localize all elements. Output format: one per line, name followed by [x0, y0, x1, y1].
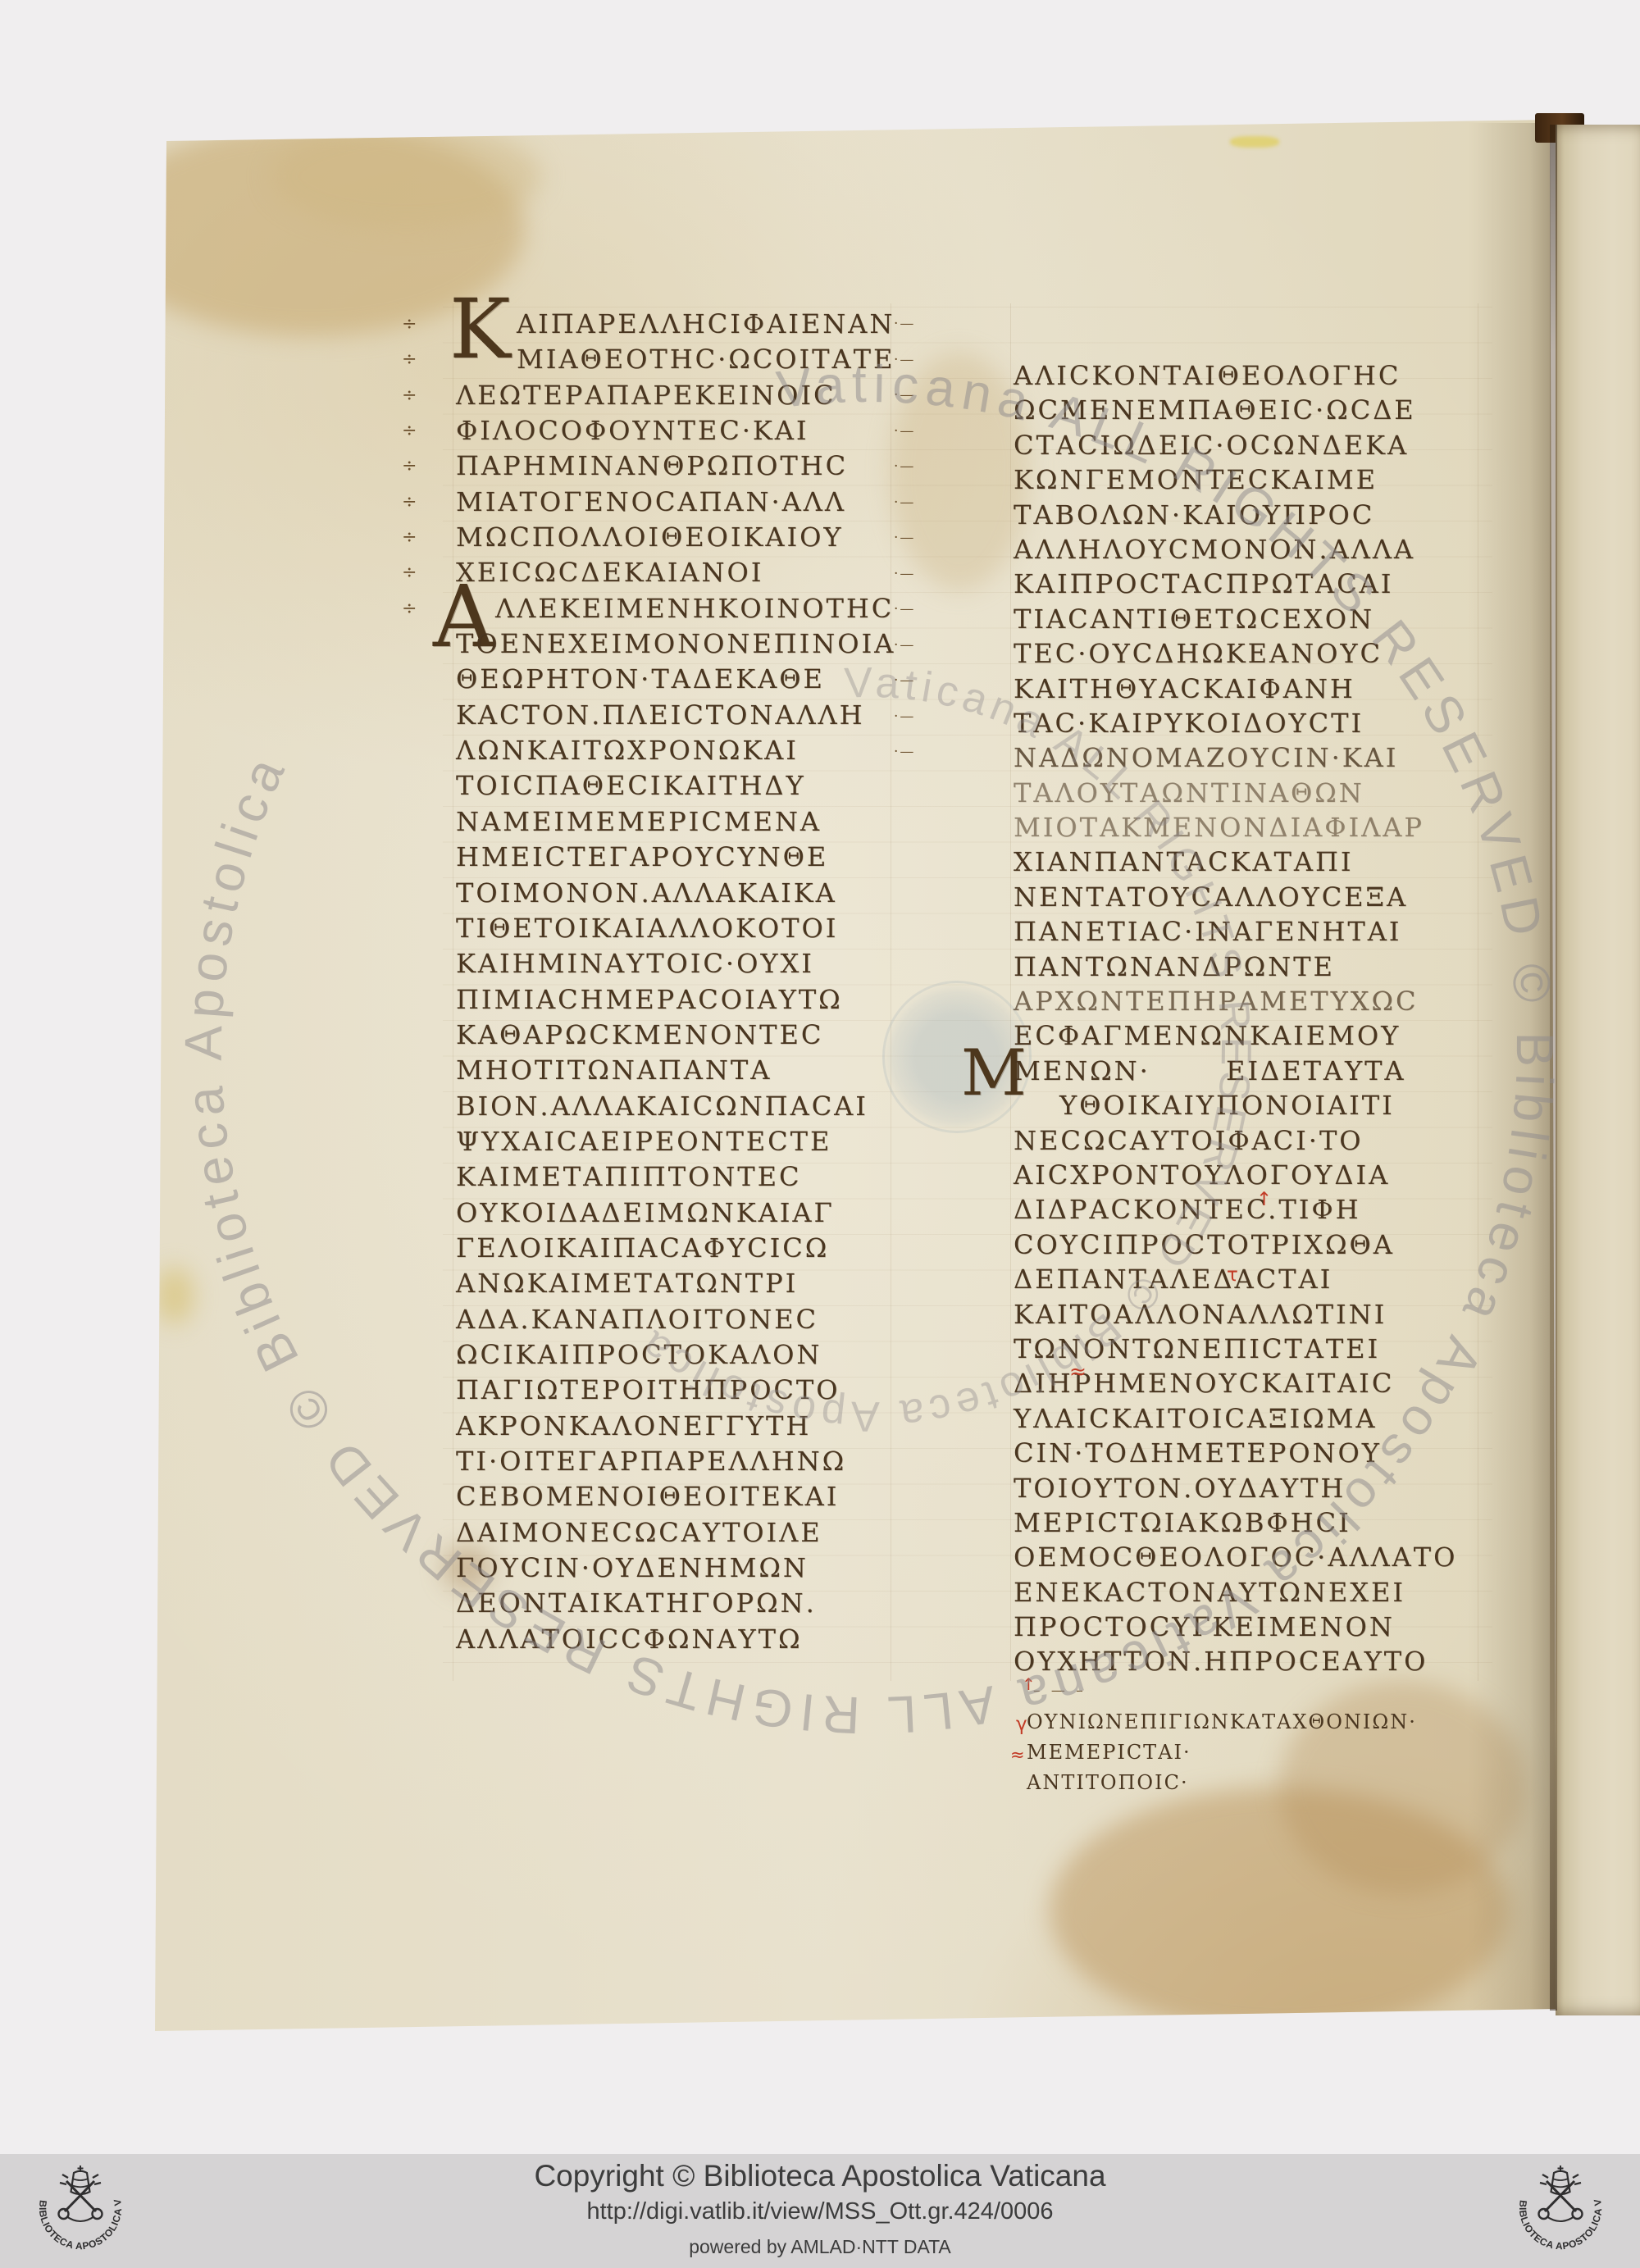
scholia-dashes: – — –	[1033, 1683, 1086, 1699]
manuscript-line: ΧΕΙCΩCΔΕΚΑΙΑΝΟΙ	[456, 555, 903, 590]
left-margin-marks: ÷÷÷÷÷÷÷÷÷	[402, 307, 417, 626]
manuscript-line: ΒΙΟΝ.ΑΛΛΑΚΑΙCΩΝΠΑCΑΙ	[456, 1089, 903, 1124]
manuscript-line: ΚΑΙΤΗΘΥΑCΚΑΙΦΑΝΗ	[1014, 672, 1485, 706]
manuscript-line: ΛΕΩΤΕΡΑΠΑΡΕΚΕΙΝΟΙC	[456, 378, 903, 413]
scholia-line: ΜΕΜΕΡΙCΤΑΙ·	[1027, 1737, 1417, 1768]
parchment-stain	[271, 123, 541, 230]
manuscript-line: ΤΙΘΕΤΟΙΚΑΙΑΛΛΟΚΟΤΟΙ	[456, 911, 903, 946]
manuscript-line: ΑΙCΧΡΟΝΤΟΥΛΟΓΟΥΔΙΑ	[1014, 1158, 1485, 1192]
manuscript-line: ΓΕΛΟΙΚΑΙΠΑCΑΦΥCΙCΩ	[456, 1231, 903, 1266]
manuscript-line: ΔΙΔΡΑCΚΟΝΤΕC.ΤΙΦΗ	[1014, 1192, 1485, 1227]
manuscript-line: ΜΕΡΙCΤΩΙΑΚΩΒΦΗCΙ	[1014, 1505, 1485, 1540]
footer-url: http://digi.vatlib.it/view/MSS_Ott.gr.42…	[586, 2198, 1053, 2225]
rubric-wave-mark: ≈	[1010, 1745, 1025, 1765]
manuscript-line: CΟΥCΙΠΡΟCΤΟΤΡΙΧΩΘΑ	[1014, 1227, 1485, 1262]
manuscript-line: ΑΛΙCΚΟΝΤΑΙΘΕΟΛΟΓΗC	[1014, 358, 1485, 393]
adjacent-folio-edge	[1556, 125, 1640, 2015]
margin-mark: ÷	[402, 378, 417, 413]
manuscript-line: ΠΡΟCΤΟCΥΓΚΕΙΜΕΝΟΝ	[1014, 1610, 1485, 1644]
manuscript-line: ΓΟΥCΙΝ·ΟΥΔΕΝΗΜΩΝ	[456, 1551, 903, 1586]
manuscript-line: ΜΙΑΘΕΟΤΗC·ΩCΟΙΤΑΤΕ	[456, 342, 903, 377]
manuscript-line: ΑΝΩΚΑΙΜΕΤΑΤΩΝΤΡΙ	[456, 1266, 903, 1301]
svg-text:BIBLIOTECA APOSTOLICA VATICANA: BIBLIOTECA APOSTOLICA VATICANA	[29, 2159, 124, 2252]
manuscript-line: ΚΑΙΜΕΤΑΠΙΠΤΟΝΤΕC	[456, 1159, 903, 1195]
margin-mark: ÷	[402, 591, 417, 626]
manuscript-line: ΑΛΛΑΤΟΙCCΦΩΝΑΥΤΩ	[456, 1622, 903, 1657]
manuscript-line: ΤΑΒΟΛΩΝ·ΚΑΙΟΥΠΡΟC	[1014, 498, 1485, 532]
rubric-caret-mark: ↑	[1022, 1674, 1036, 1694]
manuscript-line: CΕΒΟΜΕΝΟΙΘΕΟΙΤΕΚΑΙ	[456, 1479, 903, 1514]
manuscript-line: ΨΥΧΑΙCΑΕΙΡΕΟΝΤΕCΤΕ	[456, 1124, 903, 1159]
margin-mark: ÷	[402, 449, 417, 484]
manuscript-line: ΩCΙΚΑΙΠΡΟCΤΟΚΑΛΟΝ	[456, 1337, 903, 1373]
manuscript-line: ΜΩCΠΟΛΛΟΙΘΕΟΙΚΑΙΟΥ	[456, 520, 903, 555]
manuscript-line: ΔΕΟΝΤΑΙΚΑΤΗΓΟΡΩΝ.	[456, 1586, 903, 1621]
manuscript-line: ΚΑΙΤΟΑΛΛΟΝΑΛΛΩΤΙΝΙ	[1014, 1297, 1485, 1332]
ruling-vertical	[1010, 303, 1011, 1681]
manuscript-line: ΛΩΝΚΑΙΤΩΧΡΟΝΩΚΑΙ	[456, 733, 903, 768]
vatican-emblem	[1539, 2166, 1583, 2221]
manuscript-line: ΠΑΡΗΜΙΝΑΝΘΡΩΠΟΤΗC	[456, 449, 903, 484]
manuscript-line: ΜΗΟΤΙΤΩΝΑΠΑΝΤΑ	[456, 1053, 903, 1088]
margin-mark: ÷	[402, 520, 417, 555]
manuscript-line: ΠΑΓΙΩΤΕΡΟΙΤΗΠΡΟCΤΟ	[456, 1373, 903, 1408]
manuscript-line: ΤΕC·ΟΥCΔΗΩΚΕΑΝΟΥC	[1014, 636, 1485, 671]
scholia-block: ΟΥΝΙΩΝΕΠΙΓΙΩΝΚΑΤΑΧΘΟΝΙΩΝ·ΜΕΜΕΡΙCΤΑΙ·ΑΝΤΙ…	[1027, 1707, 1417, 1798]
manuscript-line: ΗΜΕΙCΤΕΓΑΡΟΥCΥΝΘΕ	[456, 840, 903, 875]
rubric-tau-mark: τ	[1227, 1264, 1238, 1286]
manuscript-line: ΕCΦΑΓΜΕΝΩΝΚΑΙΕΜΟΥ	[1014, 1018, 1485, 1053]
svg-text:BIBLIOTECA APOSTOLICA VATICANA: BIBLIOTECA APOSTOLICA VATICANA	[1509, 2159, 1604, 2252]
text-column-left: ΑΙΠΑΡΕΛΛΗCΙΦΑΙΕΝΑΝΜΙΑΘΕΟΤΗC·ΩCΟΙΤΑΤΕΛΕΩΤ…	[456, 307, 903, 1657]
manuscript-line: ΟΕΜΟCΘΕΟΛΟΓΟC·ΑΛΛΑΤΟ	[1014, 1540, 1485, 1574]
manuscript-line: ΤΙΑCΑΝΤΙΘΕΤΩCΕΧΟΝ	[1014, 602, 1485, 636]
manuscript-line: ΑΚΡΟΝΚΑΛΟΝΕΓΓΥΤΗ	[456, 1409, 903, 1444]
manuscript-line: ΕΝΕΚΑCΤΟΝΑΥΤΩΝΕΧΕΙ	[1014, 1575, 1485, 1610]
manuscript-page: ÷÷÷÷÷÷÷÷÷ ·—·—·—·—·—·—·—·—·—·—·—·—·— Κ Α…	[0, 0, 1640, 2268]
footer-powered-by: powered by AMLAD·NTT DATA	[689, 2236, 951, 2258]
vatican-library-logo: BIBLIOTECA APOSTOLICA VATICANA	[29, 2159, 132, 2262]
scholia-line: ΑΝΤΙΤΟΠΟΙC·	[1027, 1768, 1417, 1798]
parchment-stain	[156, 1267, 194, 1324]
manuscript-line: ΚΑΙΗΜΙΝΑΥΤΟΙC·ΟΥΧΙ	[456, 946, 903, 981]
manuscript-line: ΟΥΧΗΤΤΟΝ.ΗΠΡΟCΕΑΥΤΟ	[1014, 1644, 1485, 1678]
manuscript-line: ΝΕΝΤΑΤΟΥCΑΛΛΟΥCΕΞΑ	[1014, 880, 1485, 914]
rubric-caret-mark: ↑	[1256, 1189, 1272, 1210]
manuscript-line: ΑΡΧΩΝΤΕΠΗΡΑΜΕΤΥΧΩC	[1014, 984, 1485, 1018]
manuscript-line: ΤΟΕΝΕΧΕΙΜΟΝΟΝΕΠΙΝΟΙΑ	[456, 626, 903, 662]
manuscript-line: ΜΕΝΩΝ· ΕΙΔΕΤΑΥΤΑ	[1014, 1054, 1485, 1088]
manuscript-line: ΑΛΛΗΛΟΥCΜΟΝΟΝ.ΑΛΛΑ	[1014, 532, 1485, 567]
manuscript-line: ΔΕΠΑΝΤΑΛΕΔΑCΤΑΙ	[1014, 1262, 1485, 1296]
manuscript-line: ΚΑCΤΟΝ.ΠΛΕΙCΤΟΝΑΛΛΗ	[456, 698, 903, 733]
manuscript-line: ΤΑΛΟΥΤΑΩΝΤΙΝΑΘΩΝ	[1014, 776, 1485, 810]
margin-mark: ÷	[402, 485, 417, 520]
text-column-right: ΑΛΙCΚΟΝΤΑΙΘΕΟΛΟΓΗCΩCΜΕΝΕΜΠΑΘΕΙC·ΩCΔΕCΤΑC…	[1014, 358, 1485, 1679]
book-gutter	[1550, 125, 1557, 2011]
rubric-wave-mark: ≈	[1069, 1359, 1086, 1383]
manuscript-line: CΙΝ·ΤΟΔΗΜΕΤΕΡΟΝΟΥ	[1014, 1436, 1485, 1470]
rubric-gamma-mark: γ	[1016, 1714, 1027, 1735]
footer-bar: BIBLIOTECA APOSTOLICA VATICANA Copyright…	[0, 2154, 1640, 2268]
manuscript-line: ΝΑΔΩΝΟΜΑΖΟΥCΙΝ·ΚΑΙ	[1014, 740, 1485, 775]
manuscript-line: ΔΑΙΜΟΝΕCΩCΑΥΤΟΙΛΕ	[456, 1515, 903, 1551]
manuscript-line: ΥΘΟΙΚΑΙΥΠΟΝΟΙΑΙΤΙ	[1014, 1088, 1485, 1123]
manuscript-line: ΚΩΝΓΕΜΟΝΤΕCΚΑΙΜΕ	[1014, 462, 1485, 497]
manuscript-line: CΤΑCΙΩΔΕΙC·ΟCΩΝΔΕΚΑ	[1014, 428, 1485, 462]
footer-copyright: Copyright © Biblioteca Apostolica Vatica…	[534, 2159, 1105, 2193]
manuscript-line: ΧΙΑΝΠΑΝΤΑCΚΑΤΑΠΙ	[1014, 845, 1485, 879]
manuscript-line: ΝΑΜΕΙΜΕΜΕΡΙCΜΕΝΑ	[456, 804, 903, 840]
margin-mark: ÷	[402, 307, 417, 342]
manuscript-line: ΤΑC·ΚΑΙΡΥΚΟΙΔΟΥCΤΙ	[1014, 706, 1485, 740]
manuscript-line: ΤΟΙΟΥΤΟΝ.ΟΥΔΑΥΤΗ	[1014, 1471, 1485, 1505]
margin-mark: ÷	[402, 342, 417, 377]
manuscript-line: ΤΟΙΜΟΝΟΝ.ΑΛΛΑΚΑΙΚΑ	[456, 876, 903, 911]
vatican-emblem	[59, 2166, 102, 2221]
parchment-stain	[1230, 136, 1279, 148]
vatican-library-logo: BIBLIOTECA APOSTOLICA VATICANA	[1509, 2159, 1612, 2262]
manuscript-line: ΠΑΝΕΤΙΑC·ΙΝΑΓΕΝΗΤΑΙ	[1014, 914, 1485, 949]
manuscript-line: ΥΛΑΙCΚΑΙΤΟΙCΑΞΙΩΜΑ	[1014, 1401, 1485, 1436]
manuscript-line: ΑΙΠΑΡΕΛΛΗCΙΦΑΙΕΝΑΝ	[456, 307, 903, 342]
manuscript-line: ΦΙΛΟCΟΦΟΥΝΤΕC·ΚΑΙ	[456, 413, 903, 449]
manuscript-line: ΜΙΑΤΟΓΕΝΟCΑΠΑΝ·ΑΛΛ	[456, 485, 903, 520]
manuscript-line: ΚΑΘΑΡΩCΚΜΕΝΟΝΤΕC	[456, 1018, 903, 1053]
manuscript-line: ΩCΜΕΝΕΜΠΑΘΕΙC·ΩCΔΕ	[1014, 393, 1485, 427]
manuscript-line: ΤΙ·ΟΙΤΕΓΑΡΠΑΡΕΛΛΗΝΩ	[456, 1444, 903, 1479]
manuscript-line: ΑΔΑ.ΚΑΝΑΠΛΟΙΤΟΝΕC	[456, 1302, 903, 1337]
manuscript-line: ΟΥΚΟΙΔΑΔΕΙΜΩΝΚΑΙΑΓ	[456, 1195, 903, 1231]
ruling-vertical	[453, 303, 453, 1681]
manuscript-line: ΠΑΝΤΩΝΑΝΔΡΩΝΤΕ	[1014, 950, 1485, 984]
margin-mark: ÷	[402, 413, 417, 449]
manuscript-line: ΘΕΩΡΗΤΟΝ·ΤΑΔΕΚΑΘΕ	[456, 662, 903, 697]
manuscript-line: ΜΙΟΤΑΚΜΕΝΟΝΔΙΑΦΙΛΑΡ	[1014, 810, 1485, 845]
manuscript-line: ΝΕCΩCΑΥΤΟΙΦΑCΙ·ΤΟ	[1014, 1123, 1485, 1158]
manuscript-line: ΠΙΜΙΑCΗΜΕΡΑCΟΙΑΥΤΩ	[456, 982, 903, 1018]
manuscript-line: ΚΑΙΠΡΟCΤΑCΠΡΩΤΑCΑΙ	[1014, 567, 1485, 601]
scholia-line: ΟΥΝΙΩΝΕΠΙΓΙΩΝΚΑΤΑΧΘΟΝΙΩΝ·	[1027, 1707, 1417, 1737]
manuscript-line: ΛΛΕΚΕΙΜΕΝΗΚΟΙΝΟΤΗC	[456, 591, 903, 626]
manuscript-line: ΤΟΙCΠΑΘΕCΙΚΑΙΤΗΔΥ	[456, 768, 903, 804]
digitized-manuscript-scan: ÷÷÷÷÷÷÷÷÷ ·—·—·—·—·—·—·—·—·—·—·—·—·— Κ Α…	[0, 0, 1640, 2268]
margin-mark: ÷	[402, 555, 417, 590]
